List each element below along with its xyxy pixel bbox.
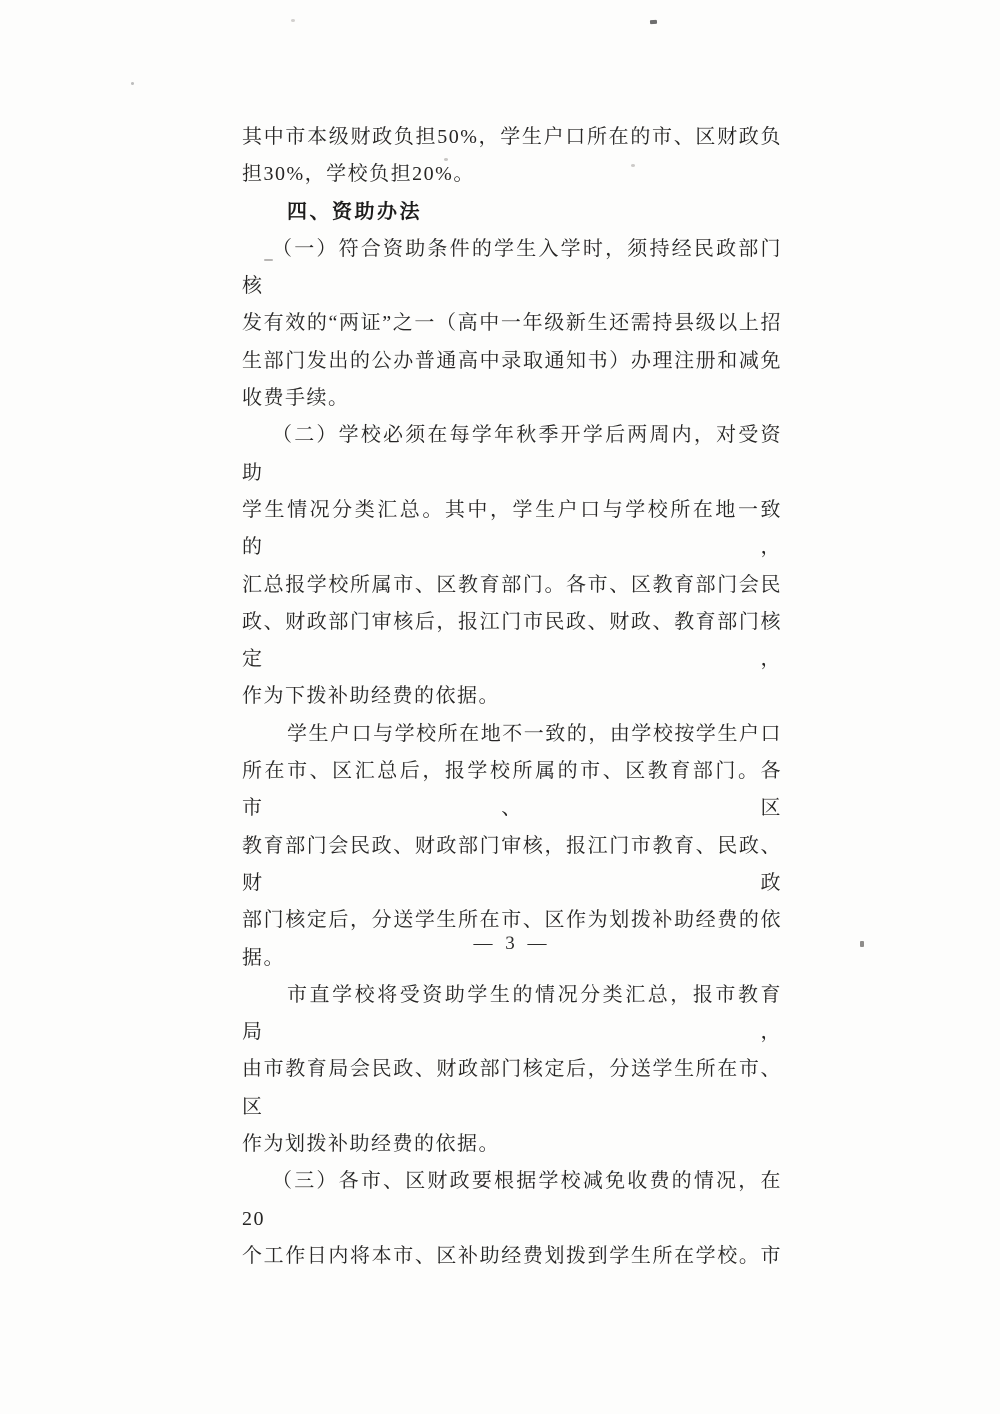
text-line: 生部门发出的公办普通高中录取通知书）办理注册和减免 <box>242 343 782 380</box>
paragraph-item-2: （二）学校必须在每学年秋季开学后两周内，对受资助 学生情况分类汇总。其中，学生户… <box>242 417 782 715</box>
text-line: （一）符合资助条件的学生入学时，须持经民政部门核 <box>242 231 782 306</box>
scan-speck <box>131 82 134 85</box>
text-line: 担30%，学校负担20%。 <box>242 156 782 193</box>
text-line: 学生户口与学校所在地不一致的，由学校按学生户口 <box>242 716 782 753</box>
text-line: （三）各市、区财政要根据学校减免收费的情况，在20 <box>242 1163 782 1238</box>
text-line: 学生情况分类汇总。其中，学生户口与学校所在地一致的， <box>242 492 782 567</box>
scan-speck <box>650 20 657 24</box>
text-line: 其中市本级财政负担50%，学生户口所在的市、区财政负 <box>242 119 782 156</box>
section-heading: 四、资助办法 <box>242 194 782 231</box>
text-line: 教育部门会民政、财政部门审核，报江门市教育、民政、财政 <box>242 828 782 903</box>
paragraph-item-1: （一）符合资助条件的学生入学时，须持经民政部门核 发有效的“两证”之一（高中一年… <box>242 231 782 417</box>
paragraph-item-3: （三）各市、区财政要根据学校减免收费的情况，在20 个工作日内将本市、区补助经费… <box>242 1163 782 1275</box>
text-line: 作为下拨补助经费的依据。 <box>242 678 782 715</box>
text-line: 由市教育局会民政、财政部门核定后，分送学生所在市、区 <box>242 1051 782 1126</box>
scan-speck <box>291 19 295 22</box>
text-line: 发有效的“两证”之一（高中一年级新生还需持县级以上招 <box>242 305 782 342</box>
text-line: （二）学校必须在每学年秋季开学后两周内，对受资助 <box>242 417 782 492</box>
document-text-block: 其中市本级财政负担50%，学生户口所在的市、区财政负 担30%，学校负担20%。… <box>242 119 782 1275</box>
paragraph-municipal-schools: 市直学校将受资助学生的情况分类汇总，报市教育局， 由市教育局会民政、财政部门核定… <box>242 977 782 1163</box>
text-line: 所在市、区汇总后，报学校所属的市、区教育部门。各市、区 <box>242 753 782 828</box>
text-line: 作为划拨补助经费的依据。 <box>242 1126 782 1163</box>
text-line: 政、财政部门审核后，报江门市民政、财政、教育部门核定， <box>242 604 782 679</box>
scan-speck <box>860 941 864 947</box>
page-number: — 3 — <box>242 933 782 955</box>
text-line: 市直学校将受资助学生的情况分类汇总，报市教育局， <box>242 977 782 1052</box>
text-line: 收费手续。 <box>242 380 782 417</box>
paragraph-funding-shares: 其中市本级财政负担50%，学生户口所在的市、区财政负 担30%，学校负担20%。 <box>242 119 782 194</box>
text-line: 个工作日内将本市、区补助经费划拨到学生所在学校。市 <box>242 1238 782 1275</box>
text-line: 汇总报学校所属市、区教育部门。各市、区教育部门会民 <box>242 567 782 604</box>
scanned-document-page: 其中市本级财政负担50%，学生户口所在的市、区财政负 担30%，学校负担20%。… <box>0 0 1000 1414</box>
